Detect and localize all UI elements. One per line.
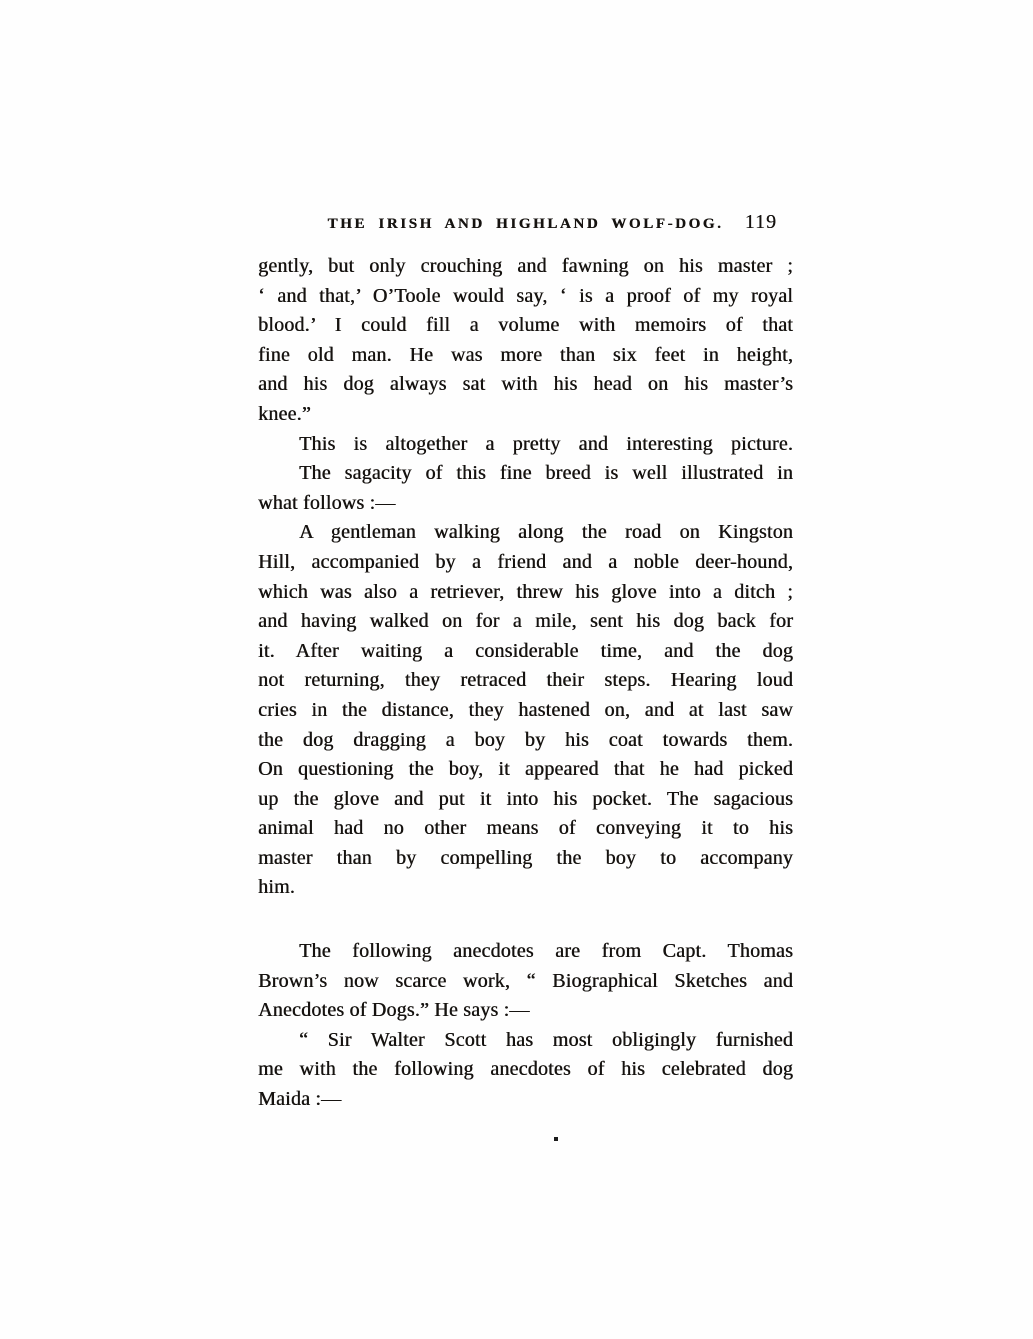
text-line: cries in the distance, they hastened on,… — [258, 696, 793, 726]
text-line: up the glove and put it into his pocket.… — [258, 785, 793, 815]
page-number: 119 — [745, 211, 777, 234]
text-line: and having walked on for a mile, sent hi… — [258, 607, 793, 637]
ink-speck-dot — [554, 1137, 558, 1141]
text-line: him. — [258, 873, 793, 903]
text-line: “ Sir Walter Scott has most obligingly f… — [258, 1026, 793, 1056]
text-line: Maida :— — [258, 1085, 793, 1115]
text-line: Hill, accompanied by a friend and a nobl… — [258, 548, 793, 578]
text-line: which was also a retriever, threw his gl… — [258, 578, 793, 608]
running-header-title: THE IRISH AND HIGHLAND WOLF-DOG. — [258, 211, 793, 233]
text-line: the dog dragging a boy by his coat towar… — [258, 726, 793, 756]
text-line: what follows :— — [258, 489, 793, 519]
text-line: gently, but only crouching and fawning o… — [258, 252, 793, 282]
text-column: THE IRISH AND HIGHLAND WOLF-DOG. 119 gen… — [258, 211, 793, 1115]
text-line: knee.” — [258, 400, 793, 430]
text-line: fine old man. He was more than six feet … — [258, 341, 793, 371]
text-line: Anecdotes of Dogs.” He says :— — [258, 996, 793, 1026]
text-line: The sagacity of this fine breed is well … — [258, 459, 793, 489]
book-page-scan: THE IRISH AND HIGHLAND WOLF-DOG. 119 gen… — [0, 0, 1033, 1339]
text-line: A gentleman walking along the road on Ki… — [258, 518, 793, 548]
body-text: gently, but only crouching and fawning o… — [258, 252, 793, 1115]
text-line: ‘ and that,’ O’Toole would say, ‘ is a p… — [258, 282, 793, 312]
text-line: This is altogether a pretty and interest… — [258, 430, 793, 460]
text-line: Brown’s now scarce work, “ Biographical … — [258, 967, 793, 997]
text-line: blood.’ I could fill a volume with memoi… — [258, 311, 793, 341]
text-line: me with the following anecdotes of his c… — [258, 1055, 793, 1085]
text-line: it. After waiting a considerable time, a… — [258, 637, 793, 667]
text-line: not returning, they retraced their steps… — [258, 666, 793, 696]
text-line: master than by compelling the boy to acc… — [258, 844, 793, 874]
text-line: On questioning the boy, it appeared that… — [258, 755, 793, 785]
text-line: animal had no other means of conveying i… — [258, 814, 793, 844]
text-line: The following anecdotes are from Capt. T… — [258, 937, 793, 967]
running-header: THE IRISH AND HIGHLAND WOLF-DOG. 119 — [258, 211, 793, 237]
text-line: and his dog always sat with his head on … — [258, 370, 793, 400]
